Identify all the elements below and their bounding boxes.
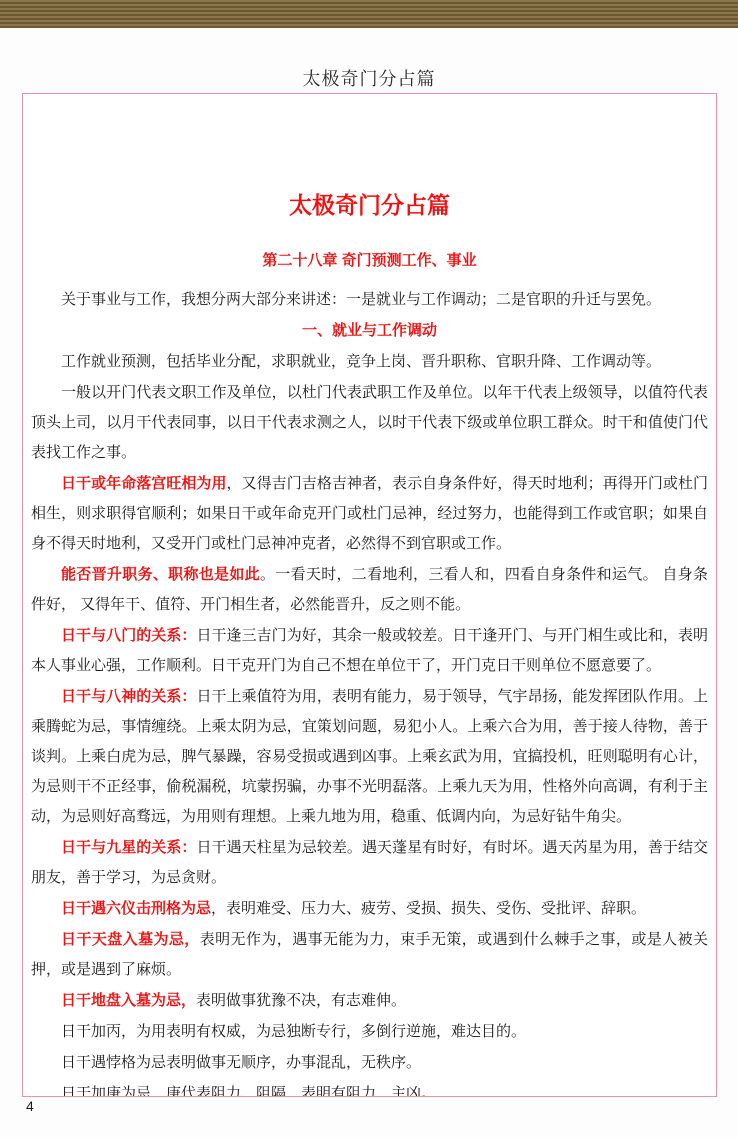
paragraph: 一般以开门代表文职工作及单位，以杜门代表武职工作及单位。以年干代表上级领导，以值… bbox=[31, 378, 708, 468]
paragraph: 日干加丙，为用表明有权威，为忌独断专行，多倒行逆施，难达目的。 bbox=[31, 1017, 708, 1047]
paragraph-lead: 日干遇六仪击刑格为忌 bbox=[61, 900, 211, 917]
paragraph-text: 表明做事犹豫不决，有志难伸。 bbox=[196, 992, 406, 1009]
paragraph-lead: 日干与八门的关系： bbox=[61, 627, 196, 644]
paragraph: 日干天盘入墓为忌，表明无作为，遇事无能为力，束手无策，或遇到什么棘手之事，或是人… bbox=[31, 925, 708, 985]
window-top-stripe-bar bbox=[0, 0, 738, 28]
paragraph-lead: 能否晋升职务、职称也是如此 bbox=[61, 566, 260, 583]
paragraph: 日干加庚为忌，庚代表阻力、阻隔，表明有阻力，主凶。 bbox=[31, 1079, 708, 1097]
paragraph-text: 关于事业与工作，我想分两大部分来讲述：一是就业与工作调动；二是官职的升迁与罢免。 bbox=[61, 291, 661, 308]
document-header-title: 太极奇门分占篇 bbox=[0, 65, 738, 91]
chapter-heading: 第二十八章 奇门预测工作、事业 bbox=[31, 251, 708, 271]
paragraph-lead: 日干与八神的关系： bbox=[61, 688, 196, 705]
paragraph: 能否晋升职务、职称也是如此。一看天时，二看地利，三看人和，四看自身条件和运气。 … bbox=[31, 560, 708, 620]
paragraph-text: 日干加庚为忌，庚代表阻力、阻隔，表明有阻力，主凶。 bbox=[61, 1085, 436, 1097]
paragraph: 日干与八神的关系：日干上乘值符为用，表明有能力，易于领导，气宇昂扬，能发挥团队作… bbox=[31, 682, 708, 832]
paragraph-text: 日干加丙，为用表明有权威，为忌独断专行，多倒行逆施，难达目的。 bbox=[61, 1023, 526, 1040]
paragraph: 日干与八门的关系：日干逢三吉门为好，其余一般或较差。日干逢开门、与开门相生或比和… bbox=[31, 621, 708, 681]
paragraph-text: 日干遇悖格为忌表明做事无顺序，办事混乱，无秩序。 bbox=[61, 1054, 421, 1071]
paragraph-text: ，表明难受、压力大、疲劳、受损、损失、受伤、受批评、辞职。 bbox=[211, 900, 646, 917]
document-page: 太极奇门分占篇 第二十八章 奇门预测工作、事业 关于事业与工作，我想分两大部分来… bbox=[22, 93, 717, 1097]
paragraph-text: 日干上乘值符为用，表明有能力，易于领导，气宇昂扬，能发挥团队作用。上乘腾蛇为忌，… bbox=[31, 688, 708, 825]
paragraph-text: 工作就业预测，包括毕业分配，求职就业，竞争上岗、晋升职称、官职升降、工作调动等。 bbox=[61, 353, 661, 370]
paragraph: 日干遇六仪击刑格为忌，表明难受、压力大、疲劳、受损、损失、受伤、受批评、辞职。 bbox=[31, 894, 708, 924]
paragraph: 日干或年命落宫旺相为用，又得吉门吉格吉神者，表示自身条件好，得天时地利；再得开门… bbox=[31, 469, 708, 559]
page-number: 4 bbox=[26, 1098, 34, 1114]
paragraph-lead: 日干或年命落宫旺相为用 bbox=[61, 475, 227, 492]
paragraph: 日干地盘入墓为忌，表明做事犹豫不决，有志难伸。 bbox=[31, 986, 708, 1016]
section-heading: 一、就业与工作调动 bbox=[31, 316, 708, 346]
body-text: 关于事业与工作，我想分两大部分来讲述：一是就业与工作调动；二是官职的升迁与罢免。… bbox=[31, 285, 708, 1097]
paragraph: 工作就业预测，包括毕业分配，求职就业，竞争上岗、晋升职称、官职升降、工作调动等。 bbox=[31, 347, 708, 377]
page-title: 太极奇门分占篇 bbox=[31, 191, 708, 219]
paragraph: 日干与九星的关系：日干遇天柱星为忌较差。遇天蓬星有时好，有时坏。遇天芮星为用，善… bbox=[31, 833, 708, 893]
paragraph-lead: 日干地盘入墓为忌， bbox=[61, 992, 196, 1009]
paragraph: 关于事业与工作，我想分两大部分来讲述：一是就业与工作调动；二是官职的升迁与罢免。 bbox=[31, 285, 708, 315]
paragraph-lead: 日干天盘入墓为忌， bbox=[61, 931, 200, 948]
paragraph-lead: 日干与九星的关系： bbox=[61, 839, 196, 856]
paragraph-text: 一般以开门代表文职工作及单位，以杜门代表武职工作及单位。以年干代表上级领导，以值… bbox=[31, 384, 708, 461]
paragraph: 日干遇悖格为忌表明做事无顺序，办事混乱，无秩序。 bbox=[31, 1048, 708, 1078]
